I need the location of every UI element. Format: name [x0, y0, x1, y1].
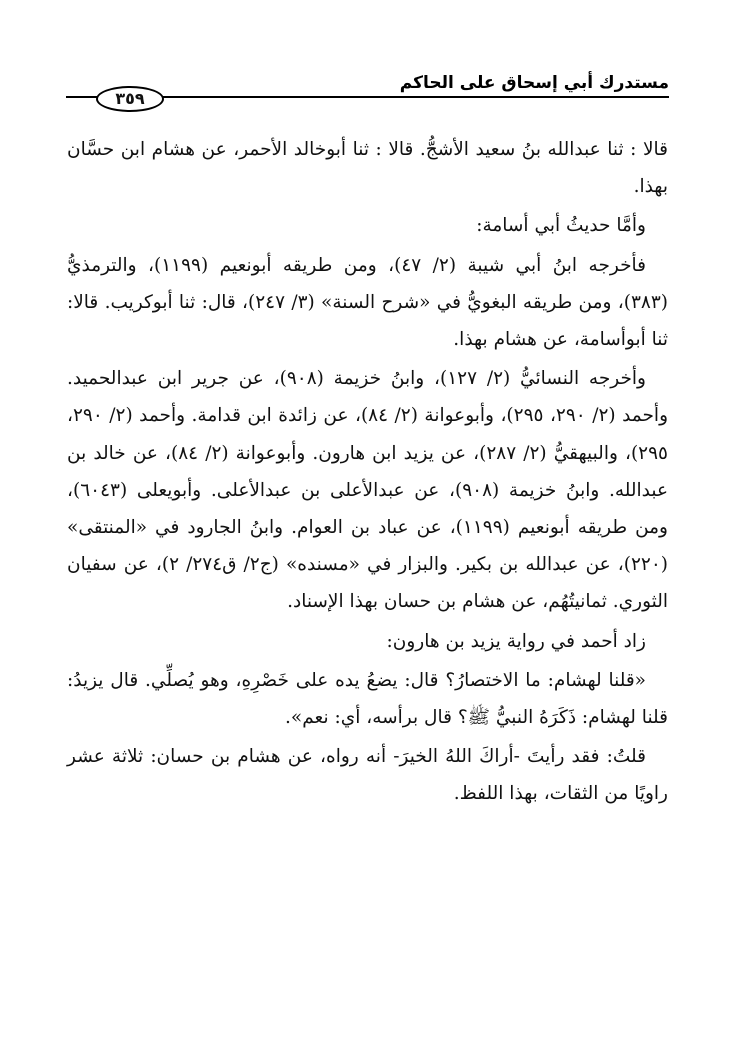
- page-number: ٣٥٩: [115, 89, 144, 109]
- paragraph: وأخرجه النسائيُّ (٢/ ١٢٧)، وابنُ خزيمة (…: [67, 360, 668, 620]
- paragraph: قالا : ثنا عبدالله بنُ سعيد الأشجُّ. قال…: [67, 131, 668, 205]
- book-page: مستدرك أبي إسحاق على الحاكم ٣٥٩ قالا : ث…: [0, 0, 736, 1057]
- page-number-badge: ٣٥٩: [96, 86, 164, 112]
- paragraph: وأمَّا حديثُ أبي أسامة:: [67, 207, 668, 244]
- paragraph: فأخرجه ابنُ أبي شيبة (٢/ ٤٧)، ومن طريقه …: [67, 247, 668, 359]
- running-title: مستدرك أبي إسحاق على الحاكم: [400, 72, 669, 94]
- page-header: مستدرك أبي إسحاق على الحاكم ٣٥٩: [66, 72, 669, 112]
- quote-paragraph: «قلنا لهشام: ما الاختصارُ؟ قال: يضعُ يده…: [67, 662, 668, 736]
- body-text: قالا : ثنا عبدالله بنُ سعيد الأشجُّ. قال…: [67, 131, 668, 813]
- paragraph: قلتُ: فقد رأيتَ -أراكَ اللهُ الخيرَ- أنه…: [67, 738, 668, 812]
- paragraph: زاد أحمد في رواية يزيد بن هارون:: [67, 623, 668, 660]
